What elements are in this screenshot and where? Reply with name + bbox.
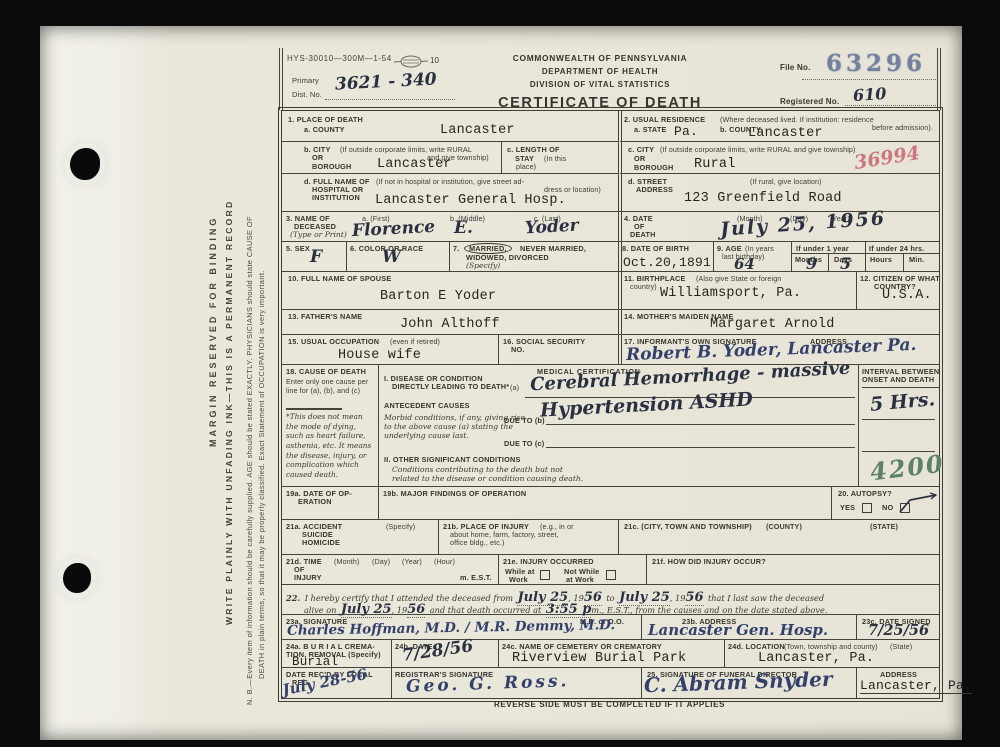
reverse-side-note: REVERSE SIDE MUST BE COMPLETED IF IT APP… (281, 700, 938, 709)
certificate-form: 1. PLACE OF DEATH a. COUNTY Lancaster b.… (281, 110, 940, 699)
left-header-rule (279, 48, 283, 110)
burial-location-state: (State) (890, 642, 912, 651)
margin-nb-note: N. B.—Every item of information should b… (244, 216, 268, 705)
row-accident: 21a. ACCIDENT SUICIDE HOMICIDE (Specify)… (282, 519, 939, 555)
autopsy-label: 20. AUTOPSY? (838, 489, 892, 498)
birthplace-note2: country) (630, 282, 657, 291)
row-operation-autopsy: 19a. DATE OF OP- ERATION 19b. MAJOR FIND… (282, 486, 939, 520)
hospital-note: (If not in hospital or institution, give… (376, 177, 524, 186)
disease-label2: DIRECTLY LEADING TO DEATH* (392, 382, 509, 391)
while-at-work-checkbox (540, 570, 550, 580)
cause-side-note2: *This does not mean the mode of dying, s… (286, 412, 375, 479)
marital-specify: (Specify) (466, 261, 500, 271)
department-line: DEPARTMENT OF HEALTH (470, 67, 730, 77)
district-number-line (325, 99, 455, 100)
street-address-label2: ADDRESS (636, 185, 673, 194)
occupation-note: (even if retired) (390, 337, 440, 346)
commonwealth-line: COMMONWEALTH OF PENNSYLVANIA (470, 53, 730, 64)
injury-day-label: (Day) (372, 557, 390, 566)
date-of-operation-label2: ERATION (298, 497, 332, 506)
cause-side-note1: Enter only one cause per line for (a), (… (286, 377, 374, 396)
residence-state-label: a. STATE (634, 125, 667, 134)
dob-label: 8. DATE OF BIRTH (622, 244, 689, 253)
middle-name-value: E. (454, 220, 473, 237)
header-center: COMMONWEALTH OF PENNSYLVANIA DEPARTMENT … (470, 53, 730, 112)
cause-of-death-label: 18. CAUSE OF DEATH (286, 367, 366, 376)
usual-residence-note: (Where deceased lived. If institution: r… (720, 115, 874, 124)
usual-residence-note2: before admission). (872, 123, 933, 132)
registered-no-value: 610 (852, 86, 886, 104)
injury-est-label: m. E.S.T. (460, 573, 492, 582)
length-of-stay-label: c. LENGTH OF (507, 145, 560, 154)
marital-label-no: 7. (453, 244, 460, 253)
injury-city-label: 21c. (CITY, TOWN AND TOWNSHIP) (624, 522, 752, 531)
row-spouse-birthplace: 10. FULL NAME OF SPOUSE Barton E Yoder 1… (282, 271, 939, 310)
sex-value: F (310, 249, 322, 266)
hospital-value: Lancaster General Hosp. (375, 194, 566, 208)
date-of-death-label3: DEATH (630, 230, 656, 239)
injury-month-label: (Month) (334, 557, 359, 566)
file-no-value: 63296 (826, 52, 926, 75)
occupation-value: House wife (338, 349, 421, 363)
while-at-work-label2: Work (509, 575, 528, 584)
accident-specify: (Specify) (386, 522, 415, 531)
place-of-death-label: 1. PLACE OF DEATH (288, 115, 363, 124)
row-sex-race-age: 5. SEX F 6. COLOR OR RACE W 7. MARRIED, … (282, 241, 939, 272)
punch-hole-top (70, 148, 100, 180)
scanned-death-certificate: MARGIN RESERVED FOR BINDING WRITE PLAINL… (0, 0, 1000, 747)
hospital-label3: INSTITUTION (312, 193, 360, 202)
under-1-year-label: If under 1 year (796, 244, 849, 253)
row-registrar: DATE REC'D BY LOCAL REG. July 28-56 REGI… (282, 667, 939, 698)
cause-b-value: Hypertension ASHD (540, 390, 754, 420)
injury-hour-label: (Hour) (434, 557, 455, 566)
row-place-residence: 1. PLACE OF DEATH a. COUNTY Lancaster b.… (282, 111, 939, 212)
interval-label2: ONSET AND DEATH (862, 375, 934, 384)
residence-county-value: Lancaster (748, 127, 823, 141)
min-label: Min. (909, 255, 924, 264)
injury-state-label: (STATE) (870, 522, 898, 531)
file-no-label: File No. (780, 63, 811, 73)
residence-city-borough: BOROUGH (634, 163, 674, 172)
row-father-mother: 13. FATHER'S NAME John Althoff 14. MOTHE… (282, 309, 939, 335)
city-value: Lancaster (377, 158, 452, 172)
time-of-injury-label3: INJURY (294, 573, 322, 582)
residence-city-value: Rural (694, 158, 736, 172)
days-value: 5 (840, 256, 851, 272)
sex-label: 5. SEX (286, 244, 310, 253)
disease-a: (a) (510, 383, 519, 392)
county-value: Lancaster (440, 124, 515, 138)
margin-binding-note: MARGIN RESERVED FOR BINDING (208, 216, 218, 447)
months-value: 9 (806, 256, 817, 272)
certificate-title: CERTIFICATE OF DEATH (470, 94, 730, 112)
margin-nb-line1: N. B.—Every item of information should b… (244, 216, 256, 705)
cause-code-value: 4200 (869, 452, 946, 485)
injury-occurred-label: 21e. INJURY OCCURRED (503, 557, 594, 566)
burial-location-value: Lancaster, Pa. (758, 652, 874, 666)
length-of-stay-note2: place) (516, 162, 536, 171)
name-of-deceased-label3: (Type or Print) (290, 230, 347, 240)
autopsy-no-checkmark (896, 492, 940, 514)
burial-location-note: (Town, township and county) (784, 642, 878, 651)
other-conditions-note2: related to the disease or condition caus… (392, 474, 583, 484)
district-number-label: Dist. No. (292, 90, 322, 99)
first-name-value: Florence (352, 219, 436, 240)
file-no-line (802, 79, 938, 80)
burial-location-label: 24d. LOCATION (728, 642, 785, 651)
city-or: OR (312, 153, 323, 162)
city-borough: BOROUGH (312, 162, 352, 171)
homicide-label: HOMICIDE (302, 538, 340, 547)
race-value: W (382, 249, 401, 266)
row-injury-time: 21d. TIME (Month) (Day) (Year) (Hour) OF… (282, 554, 939, 585)
injury-year-label: (Year) (402, 557, 422, 566)
length-of-stay-note: (In this (544, 154, 566, 163)
ssn-label2: NO. (511, 345, 525, 354)
not-while-work-label2: at Work (566, 575, 594, 584)
registered-no-label: Registered No. (780, 97, 839, 107)
form-number: HYS-30010—300M—1-54 (287, 54, 392, 64)
other-conditions-label: II. OTHER SIGNIFICANT CONDITIONS (384, 455, 521, 464)
cause-a-value: Cerebral Hemorrhage - massive (530, 360, 851, 395)
residence-state-value: Pa. (674, 125, 698, 139)
row-name-dod: 3. NAME OF DECEASED (Type or Print) a. (… (282, 211, 939, 242)
row-burial: 24a. B U R I A L CREMA- TION, REMOVAL (S… (282, 639, 939, 668)
mother-value: Margaret Arnold (710, 318, 835, 332)
injury-county-label: (COUNTY) (766, 522, 802, 531)
residence-city-or: OR (634, 154, 645, 163)
physician-signature-value: Charles Hoffman, M.D. / M.R. Demmy, M.D. (287, 619, 615, 638)
under-24-hrs-label: If under 24 hrs. (869, 244, 925, 253)
father-label: 13. FATHER'S NAME (288, 312, 362, 321)
due-to-c-label: DUE TO (c) (504, 439, 544, 448)
last-name-value: Yoder (525, 218, 579, 238)
father-value: John Althoff (400, 318, 500, 332)
margin-permanent-record-note: WRITE PLAINLY WITH UNFADING INK—THIS IS … (224, 200, 234, 625)
residence-city-note: (If outside corporate limits, write RURA… (660, 145, 855, 154)
interval-value: 5 Hrs. (869, 390, 936, 415)
registered-no-line (845, 105, 938, 106)
major-findings-label: 19b. MAJOR FINDINGS OF OPERATION (383, 489, 526, 498)
autopsy-yes-label: YES (840, 503, 855, 512)
funeral-director-signature: C. Abram Snyder (644, 669, 833, 696)
primary-label: Primary (292, 76, 319, 85)
margin-nb-line2: DEATH in plain terms, so that it may be … (256, 216, 268, 705)
registrar-signature-value: Geo. G. Ross. (406, 673, 570, 696)
autopsy-no-label: NO (882, 503, 893, 512)
marital-never: NEVER MARRIED, (520, 244, 586, 253)
dob-value: Oct.20,1891 (623, 256, 711, 270)
county-label: a. COUNTY (304, 125, 345, 134)
citizen-value: U.S.A. (882, 289, 932, 303)
row-certify: 22. I hereby certify that I attended the… (282, 584, 939, 615)
autopsy-yes-checkbox (862, 503, 872, 513)
punch-hole-bottom (63, 563, 91, 593)
due-to-b-label: DUE TO (b) (504, 416, 545, 425)
row-cause-of-death: 18. CAUSE OF DEATH Enter only one cause … (282, 364, 939, 487)
age-value: 64 (734, 257, 755, 272)
street-address-note: (If rural, give location) (750, 177, 822, 186)
cemetery-value: Riverview Burial Park (512, 652, 686, 666)
residence-city-label: c. CITY (628, 145, 654, 154)
antecedent-label: ANTECEDENT CAUSES (384, 401, 470, 410)
birthplace-value: Williamsport, Pa. (660, 287, 801, 301)
birthplace-note: (Also give State or foreign (696, 274, 781, 283)
right-header-rule (937, 48, 941, 110)
physician-address-value: Lancaster Gen. Hosp. (648, 623, 828, 638)
hours-label: Hours (870, 255, 892, 264)
row-physician: 23a. SIGNATURE M.D. or D.O. Charles Hoff… (282, 614, 939, 640)
certify-no: 22. (286, 593, 300, 603)
date-signed-value: 7/25/56 (868, 624, 929, 639)
spouse-value: Barton E Yoder (380, 290, 496, 304)
morbid-note3: underlying cause last. (384, 431, 469, 441)
residence-code-red: 36994 (853, 144, 921, 173)
cemetery-label: 24c. NAME OF CEMETERY OR CREMATORY (502, 642, 662, 651)
division-line: DIVISION OF VITAL STATISTICS (470, 80, 730, 90)
form-number-suffix: 10 (430, 56, 439, 66)
how-injury-label: 21f. HOW DID INJURY OCCUR? (652, 557, 766, 566)
fd-address-value: Lancaster, Pa. (860, 679, 972, 694)
occupation-label: 15. USUAL OCCUPATION (288, 337, 379, 346)
not-while-work-checkbox (606, 570, 616, 580)
street-address-value: 123 Greenfield Road (684, 192, 842, 206)
place-of-injury-note3: office bldg., etc.) (450, 538, 505, 547)
spouse-label: 10. FULL NAME OF SPOUSE (288, 274, 391, 283)
state-seal-icon (394, 55, 428, 68)
usual-residence-label: 2. USUAL RESIDENCE (624, 115, 705, 124)
